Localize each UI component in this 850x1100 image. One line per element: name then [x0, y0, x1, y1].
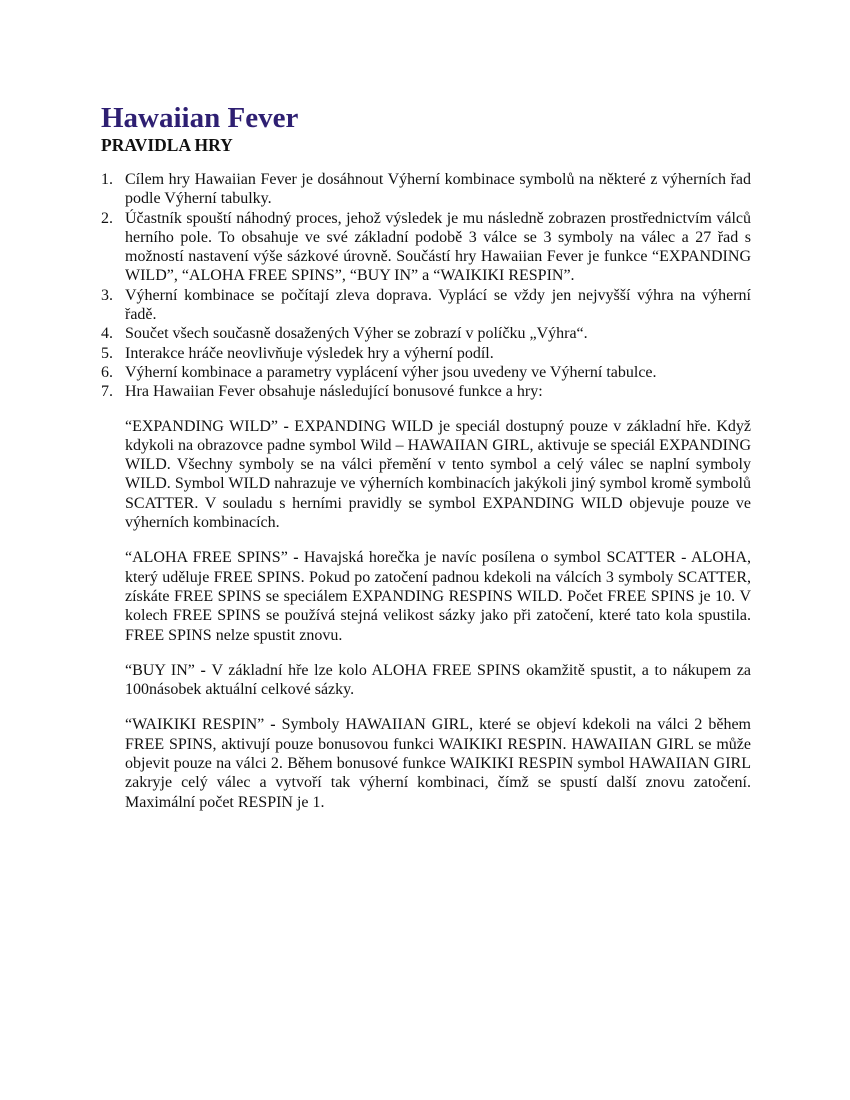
rule-number: 7. [101, 382, 113, 401]
rule-number: 6. [101, 363, 113, 382]
rule-item: 5.Interakce hráče neovlivňuje výsledek h… [101, 344, 751, 363]
rules-list: 1.Cílem hry Hawaiian Fever je dosáhnout … [101, 170, 751, 402]
rule-text: Interakce hráče neovlivňuje výsledek hry… [125, 345, 494, 362]
rule-text: Součet všech současně dosažených Výher s… [125, 325, 588, 342]
feature-name: “ALOHA FREE SPINS” [125, 549, 288, 566]
feature-separator: - [264, 716, 281, 733]
feature-expanding-wild: “EXPANDING WILD” - EXPANDING WILD je spe… [125, 417, 751, 533]
feature-separator: - [278, 418, 294, 435]
feature-aloha-free-spins: “ALOHA FREE SPINS” - Havajská horečka je… [125, 548, 751, 644]
bonus-features: “EXPANDING WILD” - EXPANDING WILD je spe… [101, 417, 751, 812]
rule-number: 5. [101, 344, 113, 363]
rule-item: 1.Cílem hry Hawaiian Fever je dosáhnout … [101, 170, 751, 209]
feature-name: “BUY IN” [125, 662, 195, 679]
rule-text: Výherní kombinace se počítají zleva dopr… [125, 287, 751, 323]
feature-separator: - [288, 549, 304, 566]
feature-buy-in: “BUY IN” - V základní hře lze kolo ALOHA… [125, 661, 751, 700]
rule-item: 3.Výherní kombinace se počítají zleva do… [101, 286, 751, 325]
feature-name: “WAIKIKI RESPIN” [125, 716, 264, 733]
rule-number: 4. [101, 324, 113, 343]
feature-text: V základní hře lze kolo ALOHA FREE SPINS… [125, 662, 751, 698]
feature-separator: - [195, 662, 212, 679]
rule-item: 4.Součet všech současně dosažených Výher… [101, 324, 751, 343]
feature-waikiki-respin: “WAIKIKI RESPIN” - Symboly HAWAIIAN GIRL… [125, 715, 751, 811]
rule-item: 6.Výherní kombinace a parametry vyplácen… [101, 363, 751, 382]
document-title: Hawaiian Fever [101, 102, 751, 134]
document-subtitle: PRAVIDLA HRY [101, 134, 751, 156]
rule-text: Účastník spouští náhodný proces, jehož v… [125, 210, 751, 285]
rule-text: Cílem hry Hawaiian Fever je dosáhnout Vý… [125, 171, 751, 207]
rule-number: 2. [101, 209, 113, 228]
rule-text: Hra Hawaiian Fever obsahuje následující … [125, 383, 543, 400]
rule-text: Výherní kombinace a parametry vyplácení … [125, 364, 657, 381]
rule-item: 2.Účastník spouští náhodný proces, jehož… [101, 209, 751, 286]
rule-number: 1. [101, 170, 113, 189]
rule-item: 7.Hra Hawaiian Fever obsahuje následujíc… [101, 382, 751, 401]
rule-number: 3. [101, 286, 113, 305]
feature-name: “EXPANDING WILD” [125, 418, 278, 435]
document-page: Hawaiian Fever PRAVIDLA HRY 1.Cílem hry … [101, 102, 751, 828]
